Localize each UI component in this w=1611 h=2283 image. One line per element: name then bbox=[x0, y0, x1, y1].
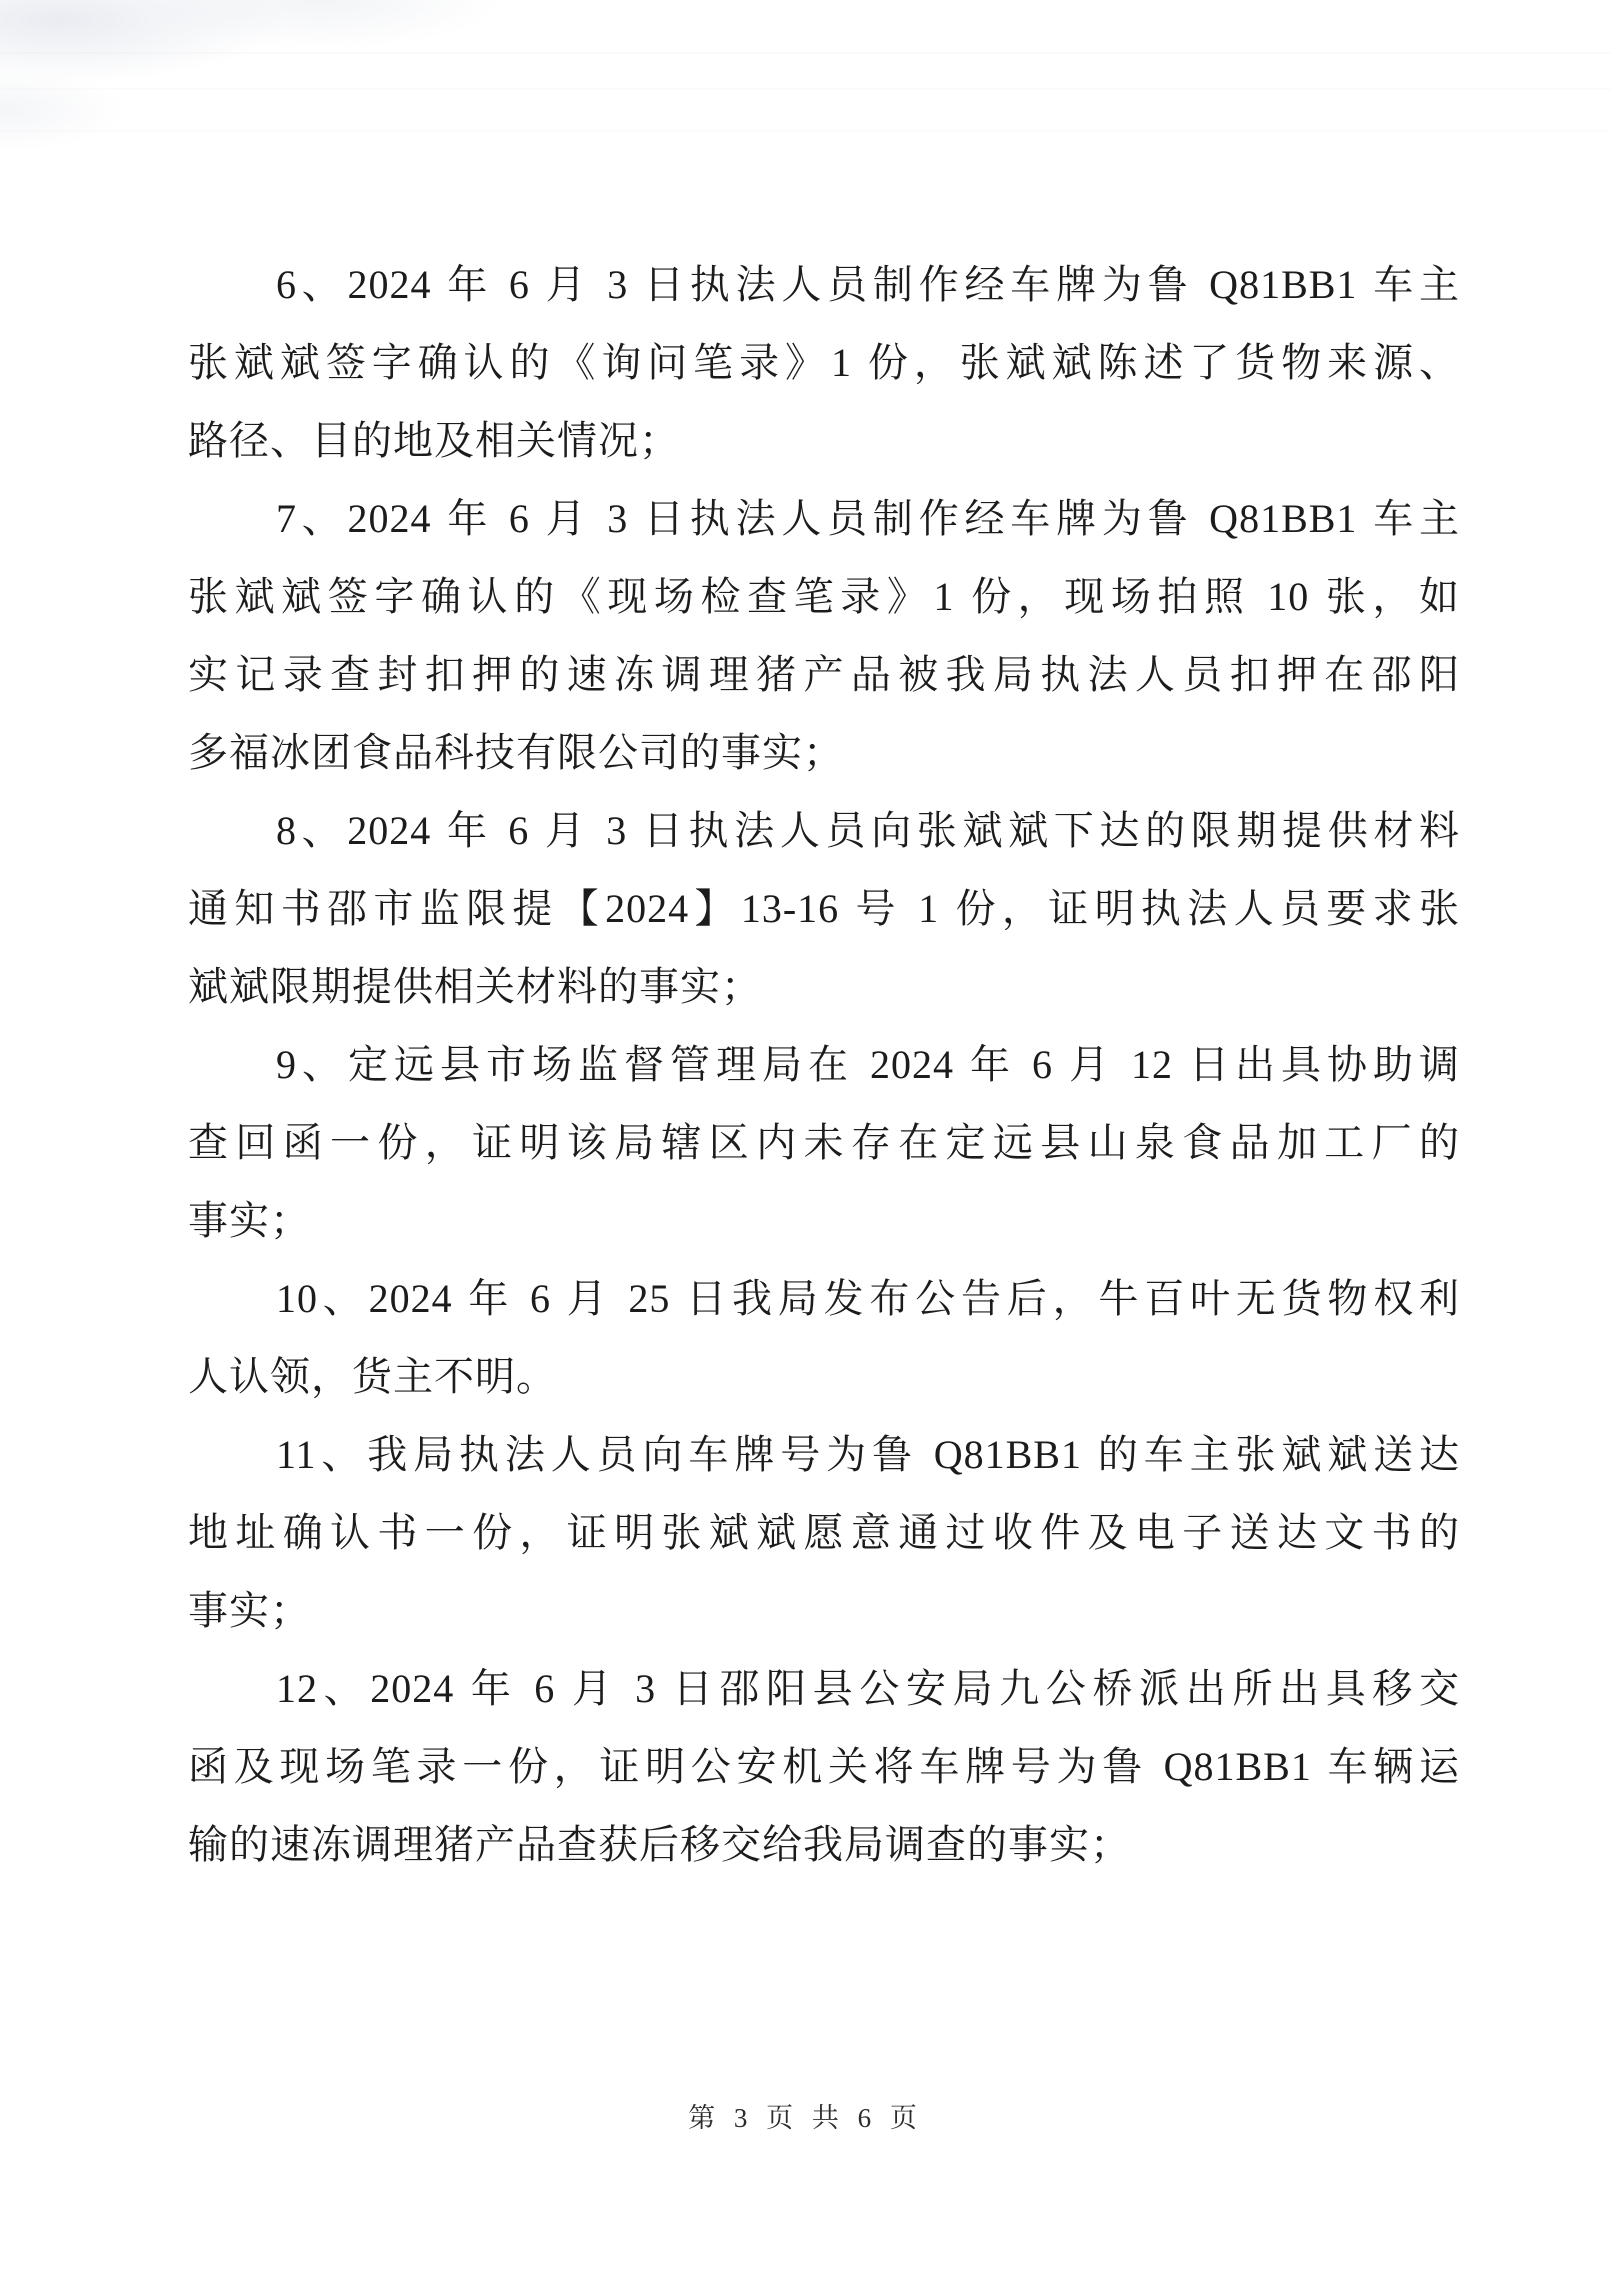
text-line: 多福冰团食品科技有限公司的事实； bbox=[188, 714, 1460, 792]
document-body: 6、2024 年 6 月 3 日执法人员制作经车牌为鲁 Q81BB1 车主张斌斌… bbox=[188, 246, 1460, 1884]
text-line: 张斌斌签字确认的《询问笔录》1 份，张斌斌陈述了货物来源、 bbox=[188, 324, 1460, 402]
scanned-document-page: 6、2024 年 6 月 3 日执法人员制作经车牌为鲁 Q81BB1 车主张斌斌… bbox=[0, 0, 1611, 2283]
text-line: 事实； bbox=[188, 1572, 1460, 1650]
text-line: 8、2024 年 6 月 3 日执法人员向张斌斌下达的限期提供材料 bbox=[188, 792, 1460, 870]
paragraph-10: 10、2024 年 6 月 25 日我局发布公告后，牛百叶无货物权利人认领，货主… bbox=[188, 1260, 1460, 1416]
scan-artifact-streaks bbox=[0, 0, 1611, 180]
text-line: 输的速冻调理猪产品查获后移交给我局调查的事实； bbox=[188, 1806, 1460, 1884]
scan-artifact-smudge bbox=[0, 0, 580, 160]
paragraph-8: 8、2024 年 6 月 3 日执法人员向张斌斌下达的限期提供材料通知书邵市监限… bbox=[188, 792, 1460, 1026]
text-line: 张斌斌签字确认的《现场检查笔录》1 份，现场拍照 10 张，如 bbox=[188, 558, 1460, 636]
text-line: 事实； bbox=[188, 1182, 1460, 1260]
page-number-footer: 第 3 页 共 6 页 bbox=[0, 2096, 1611, 2135]
text-line: 地址确认书一份，证明张斌斌愿意通过收件及电子送达文书的 bbox=[188, 1494, 1460, 1572]
paragraph-9: 9、定远县市场监督管理局在 2024 年 6 月 12 日出具协助调查回函一份，… bbox=[188, 1026, 1460, 1260]
text-line: 7、2024 年 6 月 3 日执法人员制作经车牌为鲁 Q81BB1 车主 bbox=[188, 480, 1460, 558]
text-line: 查回函一份，证明该局辖区内未存在定远县山泉食品加工厂的 bbox=[188, 1104, 1460, 1182]
text-line: 11、我局执法人员向车牌号为鲁 Q81BB1 的车主张斌斌送达 bbox=[188, 1416, 1460, 1494]
text-line: 人认领，货主不明。 bbox=[188, 1338, 1460, 1416]
paragraph-7: 7、2024 年 6 月 3 日执法人员制作经车牌为鲁 Q81BB1 车主张斌斌… bbox=[188, 480, 1460, 792]
text-line: 斌斌限期提供相关材料的事实； bbox=[188, 948, 1460, 1026]
paragraph-11: 11、我局执法人员向车牌号为鲁 Q81BB1 的车主张斌斌送达地址确认书一份，证… bbox=[188, 1416, 1460, 1650]
text-line: 6、2024 年 6 月 3 日执法人员制作经车牌为鲁 Q81BB1 车主 bbox=[188, 246, 1460, 324]
paragraph-12: 12、2024 年 6 月 3 日邵阳县公安局九公桥派出所出具移交函及现场笔录一… bbox=[188, 1650, 1460, 1884]
text-line: 函及现场笔录一份，证明公安机关将车牌号为鲁 Q81BB1 车辆运 bbox=[188, 1728, 1460, 1806]
text-line: 10、2024 年 6 月 25 日我局发布公告后，牛百叶无货物权利 bbox=[188, 1260, 1460, 1338]
text-line: 通知书邵市监限提【2024】13-16 号 1 份，证明执法人员要求张 bbox=[188, 870, 1460, 948]
text-line: 9、定远县市场监督管理局在 2024 年 6 月 12 日出具协助调 bbox=[188, 1026, 1460, 1104]
text-line: 12、2024 年 6 月 3 日邵阳县公安局九公桥派出所出具移交 bbox=[188, 1650, 1460, 1728]
text-line: 实记录查封扣押的速冻调理猪产品被我局执法人员扣押在邵阳 bbox=[188, 636, 1460, 714]
text-line: 路径、目的地及相关情况； bbox=[188, 402, 1460, 480]
paragraph-6: 6、2024 年 6 月 3 日执法人员制作经车牌为鲁 Q81BB1 车主张斌斌… bbox=[188, 246, 1460, 480]
